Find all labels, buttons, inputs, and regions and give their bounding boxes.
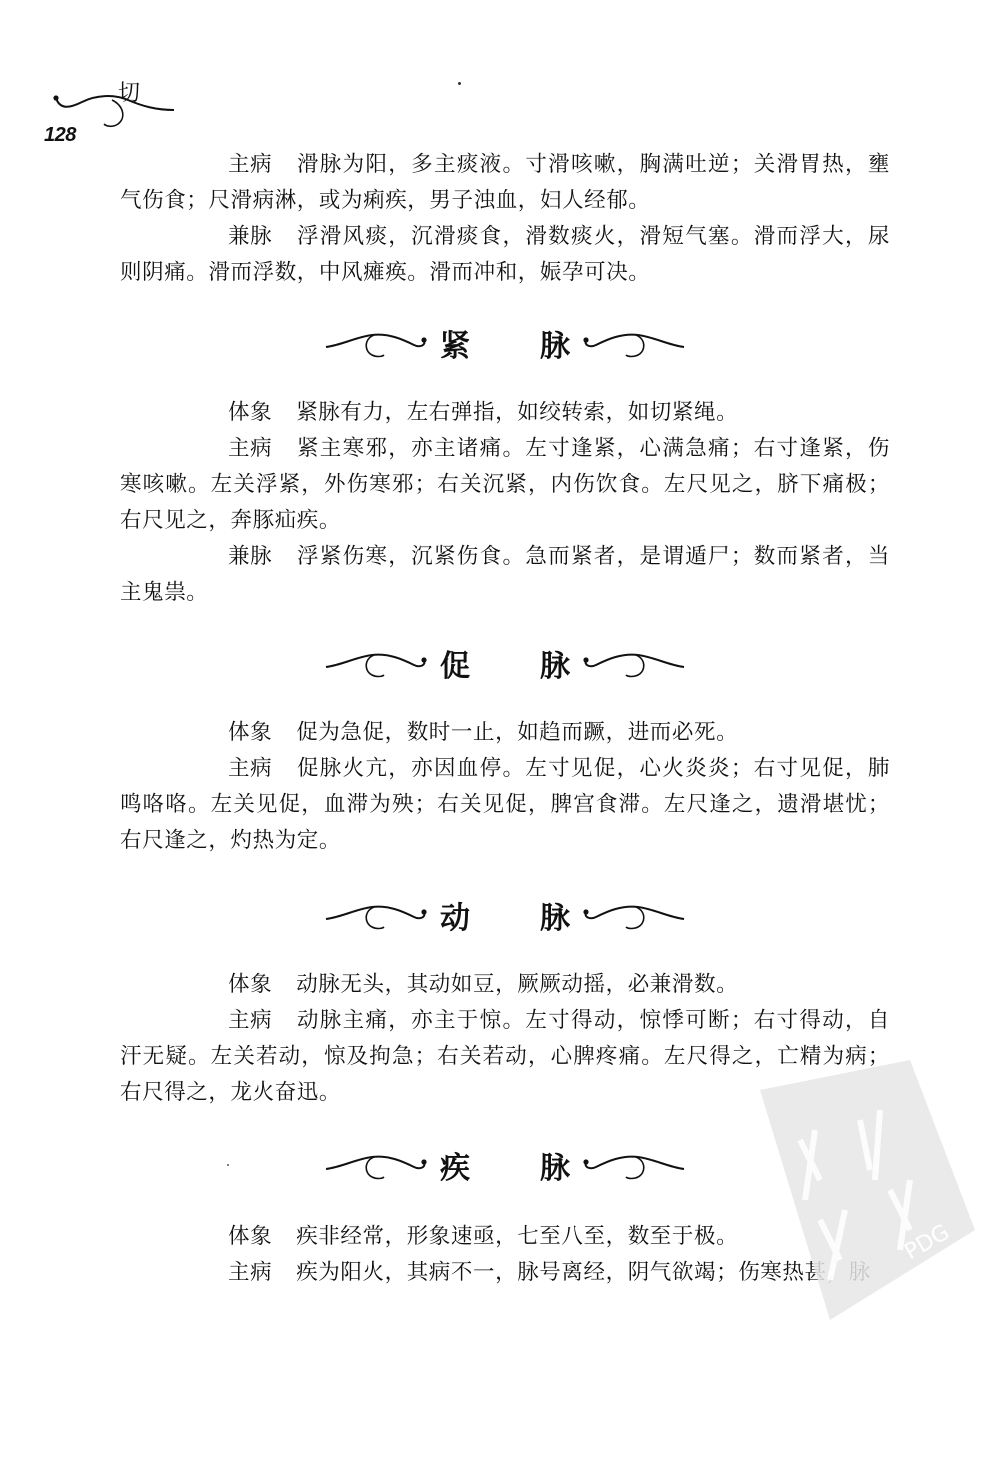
right-flourish-icon <box>578 895 688 935</box>
paragraph-main-disease: 主病紧主寒邪，亦主诸痛。左寸逢紧，心满急痛；右寸逢紧，伤寒咳嗽。左关浮紧，外伤寒… <box>120 431 890 539</box>
term-label: 主病 <box>174 751 272 787</box>
paragraph-body-image: 体象动脉无头，其动如豆，厥厥动摇，必兼滑数。 <box>120 967 890 1003</box>
scan-speck <box>227 1164 229 1166</box>
paragraph-main-disease: 主病滑脉为阳，多主痰液。寸滑咳嗽，胸满吐逆；关滑胃热，壅气伤食；尺滑病淋，或为痢… <box>120 147 890 219</box>
paragraph-body-image: 体象疾非经常，形象速亟，七至八至，数至于极。 <box>120 1219 890 1255</box>
term-label: 主病 <box>174 147 272 183</box>
paragraph-combined-pulse: 兼脉浮滑风痰，沉滑痰食，滑数痰火，滑短气塞。滑而浮大，尿则阴痛。滑而浮数，中风瘫… <box>120 219 890 291</box>
right-flourish-icon <box>578 323 688 363</box>
section-title-char: 脉 <box>540 1143 570 1187</box>
term-label: 体象 <box>174 967 272 1003</box>
term-label: 主病 <box>174 1255 272 1291</box>
paragraph-text: 疾为阳火，其病不一，脉号离经，阴气欲竭；伤寒热甚，脉 <box>296 1260 871 1285</box>
section-title-char: 脉 <box>540 641 570 685</box>
term-label: 主病 <box>174 431 272 467</box>
paragraph-main-disease: 主病动脉主痛，亦主于惊。左寸得动，惊悸可断；右寸得动，自汗无疑。左关若动，惊及拘… <box>120 1003 890 1111</box>
paragraph-combined-pulse: 兼脉浮紧伤寒，沉紧伤食。急而紧者，是谓遁尸；数而紧者，当主鬼祟。 <box>120 539 890 611</box>
left-flourish-icon <box>322 323 432 363</box>
section-heading-cu: 促 脉 <box>310 638 700 688</box>
section-title-char: 脉 <box>540 321 570 365</box>
term-label: 体象 <box>174 715 272 751</box>
left-flourish-icon <box>322 643 432 683</box>
term-label: 主病 <box>174 1003 272 1039</box>
svg-text:PDG: PDG <box>901 1220 954 1265</box>
left-flourish-icon <box>322 895 432 935</box>
paragraph-main-disease: 主病疾为阳火，其病不一，脉号离经，阴气欲竭；伤寒热甚，脉 <box>120 1255 890 1291</box>
section-heading-jin: 紧 脉 <box>310 318 700 368</box>
paragraph-text: 促为急促，数时一止，如趋而蹶，进而必死。 <box>296 720 738 745</box>
left-flourish-icon <box>322 1145 432 1185</box>
right-flourish-icon <box>578 643 688 683</box>
section-title-char: 疾 <box>440 1143 470 1187</box>
page-number: 128 <box>44 124 76 147</box>
paragraph-body-image: 体象紧脉有力，左右弹指，如绞转索，如切紧绳。 <box>120 395 890 431</box>
section-heading-ji: 疾 脉 <box>310 1140 700 1190</box>
term-label: 兼脉 <box>174 539 272 575</box>
running-title: 切 <box>118 76 140 107</box>
page-header: 切 128 <box>40 72 180 152</box>
section-title-char: 紧 <box>440 321 470 365</box>
section-title-char: 促 <box>440 641 470 685</box>
paragraph-main-disease: 主病促脉火亢，亦因血停。左寸见促，心火炎炎；右寸见促，肺鸣咯咯。左关见促，血滞为… <box>120 751 890 859</box>
term-label: 体象 <box>174 395 272 431</box>
paragraph-text: 紧脉有力，左右弹指，如绞转索，如切紧绳。 <box>296 400 738 425</box>
paragraph-body-image: 体象促为急促，数时一止，如趋而蹶，进而必死。 <box>120 715 890 751</box>
scan-speck <box>458 82 461 85</box>
section-heading-dong: 动 脉 <box>310 890 700 940</box>
paragraph-text: 疾非经常，形象速亟，七至八至，数至于极。 <box>296 1224 738 1249</box>
term-label: 体象 <box>174 1219 272 1255</box>
section-title-char: 脉 <box>540 893 570 937</box>
section-title-char: 动 <box>440 893 470 937</box>
paragraph-text: 动脉无头，其动如豆，厥厥动摇，必兼滑数。 <box>296 972 738 997</box>
right-flourish-icon <box>578 1145 688 1185</box>
term-label: 兼脉 <box>174 219 272 255</box>
